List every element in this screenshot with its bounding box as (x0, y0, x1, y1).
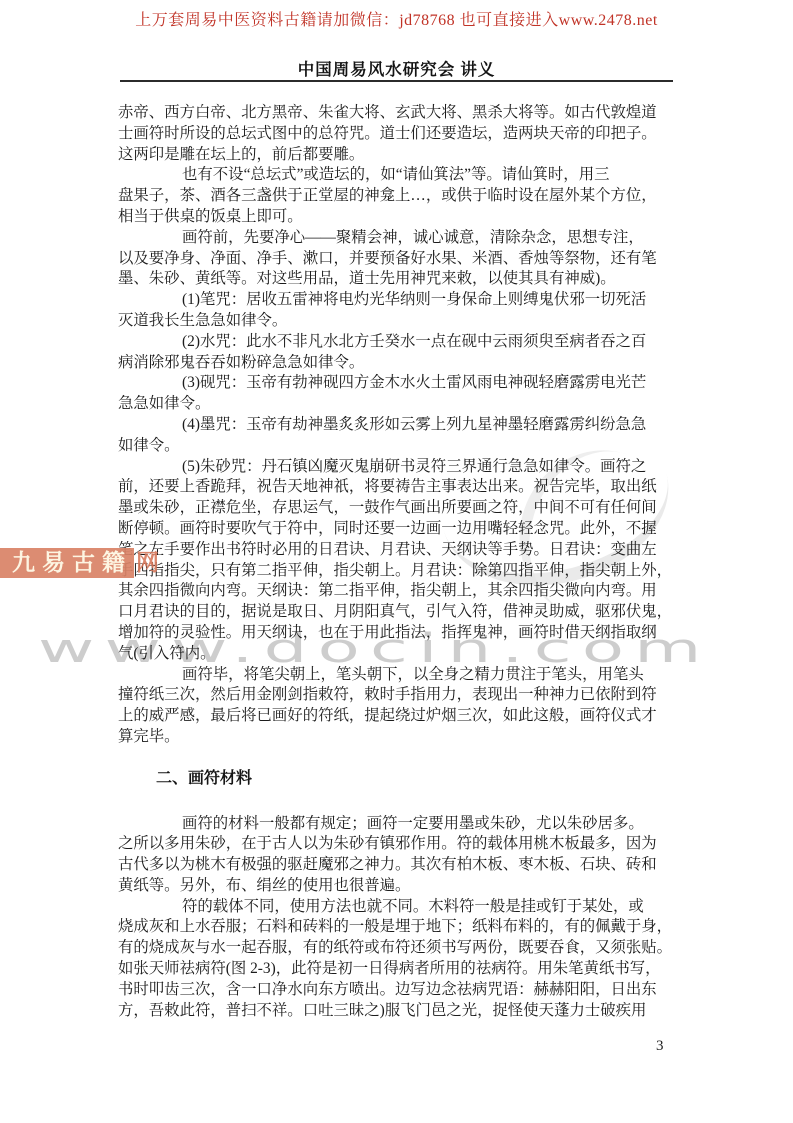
document-page: 上万套周易中医资料古籍请加微信：jd78768 也可直接进入www.2478.n… (0, 0, 793, 1123)
text-line: 黄纸等。另外，布、绢丝的使用也很普遍。 (118, 876, 684, 897)
text-line: 方，吾敕此符，普扫不祥。口吐三昧之)服飞门邑之光，捉怪使天蓬力士破疾用 (118, 1001, 684, 1022)
header-promo-text: 上万套周易中医资料古籍请加微信：jd78768 也可直接进入www.2478.n… (0, 7, 793, 30)
text-line: 也有不设“总坛式”或造坛的，如“请仙箕法”等。请仙箕时，用三 (118, 165, 684, 186)
body-text-block: 赤帝、西方白帝、北方黑帝、朱雀大将、玄武大将、黑杀大将等。如古代敦煌道士画符时所… (118, 103, 684, 1021)
text-line: (1)笔咒：居收五雷神将电灼光华纳则一身保命上则缚鬼伏邪一切死活 (118, 290, 684, 311)
text-line: 增加符的灵验性。用天纲诀，也在于用此指法，指挥鬼神，画符时借天纲指取纲 (118, 623, 684, 644)
text-line: 撞符纸三次，然后用金刚剑指敕符，敕时手指用力，表现出一种神力已依附到符 (118, 685, 684, 706)
body-part1: 赤帝、西方白帝、北方黑帝、朱雀大将、玄武大将、黑杀大将等。如古代敦煌道士画符时所… (118, 103, 684, 748)
text-line: 相当于供桌的饭桌上即可。 (118, 207, 684, 228)
title-divider (120, 80, 673, 82)
text-line: 手四指指尖，只有第二指平伸，指尖朝上。月君诀：除第四指平伸，指尖朝上外， (118, 561, 684, 582)
text-line: (4)墨咒：玉帝有劫神墨炙炙形如云雾上列九星神墨轻磨露雳纠纷急急 (118, 415, 684, 436)
text-line: 算完毕。 (118, 727, 684, 748)
text-line: 笔之左手要作出书符时必用的日君诀、月君诀、天纲诀等手势。日君诀：变曲左 (118, 540, 684, 561)
stamp-watermark: 九易古籍 网 (0, 548, 166, 578)
text-line: 前，还要上香跪拜，祝告天地神祇，将要祷告主事表达出来。祝告完毕，取出纸 (118, 477, 684, 498)
text-line: 这两印是雕在坛上的，前后都要雕。 (118, 145, 684, 166)
section-heading: 二、画符材料 (118, 769, 684, 790)
text-line: 急急如律令。 (118, 394, 684, 415)
text-line: 符的载体不同，使用方法也就不同。木料符一般是挂或钉于某处，或 (118, 897, 684, 918)
text-line: 赤帝、西方白帝、北方黑帝、朱雀大将、玄武大将、黑杀大将等。如古代敦煌道 (118, 103, 684, 124)
text-line: 画符毕，将笔尖朝上，笔头朝下，以全身之精力贯注于笔头，用笔头 (118, 665, 684, 686)
text-line: 断停顿。画符时要吹气于符中，同时还要一边画一边用嘴轻轻念咒。此外，不握 (118, 519, 684, 540)
text-line: 书时叩齿三次，含一口净水向东方喷出。边写边念祛病咒语：赫赫阳阳，日出东 (118, 980, 684, 1001)
text-line: 墨、朱砂、黄纸等。对这些用品，道士先用神咒来敕，以使其具有神威)。 (118, 269, 684, 290)
text-line: (2)水咒：此水不非凡水北方壬癸水一点在砚中云雨须臾至病者吞之百 (118, 332, 684, 353)
text-line: 气(引入符内。 (118, 644, 684, 665)
text-line: 有的烧成灰与水一起吞服，有的纸符或布符还须书写两份，既要吞食，又须张贴。 (118, 938, 684, 959)
stamp-tail-text: 网 (134, 548, 166, 578)
text-line: 以及要净身、净面、净手、漱口，并要预备好水果、米酒、香烛等祭物，还有笔 (118, 249, 684, 270)
text-line: 口月君诀的目的，据说是取日、月阴阳真气，引气入符，借神灵助威，驱邪伏鬼， (118, 602, 684, 623)
text-line: 上的威严感，最后将已画好的符纸，提起绕过炉烟三次，如此这般，画符仪式才 (118, 706, 684, 727)
text-line: 画符的材料一般都有规定；画符一定要用墨或朱砂，尤以朱砂居多。 (118, 814, 684, 835)
text-line: 古代多以为桃木有极强的驱赶魔邪之神力。其次有柏木板、枣木板、石块、砖和 (118, 855, 684, 876)
text-line: 病消除邪鬼吞吞如粉碎急急如律令。 (118, 353, 684, 374)
text-line: 灭道我长生急急如律令。 (118, 311, 684, 332)
text-line: 之所以多用朱砂，在于古人以为朱砂有镇邪作用。符的载体用桃木板最多，因为 (118, 834, 684, 855)
text-line: 如张天师祛病符(图 2-3)，此符是初一日得病者所用的祛病符。用朱笔黄纸书写， (118, 959, 684, 980)
text-line: 其余四指微向内弯。天纲诀：第二指平伸，指尖朝上，其余四指尖微向内弯。用 (118, 581, 684, 602)
stamp-band-text: 九易古籍 (0, 548, 134, 578)
text-line: 士画符时所设的总坛式图中的总符咒。道士们还要造坛，造两块天帝的印把子。 (118, 124, 684, 145)
page-number: 3 (656, 1038, 664, 1055)
text-line: (5)朱砂咒：丹石镇凶魔灭鬼崩研书灵符三界通行急急如律令。画符之 (118, 457, 684, 478)
page-title: 中国周易风水研究会 讲义 (0, 56, 793, 80)
text-line: 盘果子，茶、酒各三盏供于正堂屋的神龛上…，或供于临时设在屋外某个方位， (118, 186, 684, 207)
text-line: 如律令。 (118, 436, 684, 457)
text-line: 墨或朱砂，正襟危坐，存思运气，一鼓作气画出所要画之符，中间不可有任何间 (118, 498, 684, 519)
text-line: 画符前，先要净心——聚精会神，诚心诚意，清除杂念，思想专注， (118, 228, 684, 249)
text-line: 烧成灰和上水吞服；石料和砖料的一般是埋于地下；纸料布料的，有的佩戴于身， (118, 917, 684, 938)
text-line: (3)砚咒：玉帝有勃神砚四方金木水火土雷风雨电神砚轻磨露雳电光芒 (118, 373, 684, 394)
body-part2: 画符的材料一般都有规定；画符一定要用墨或朱砂，尤以朱砂居多。之所以多用朱砂，在于… (118, 814, 684, 1022)
